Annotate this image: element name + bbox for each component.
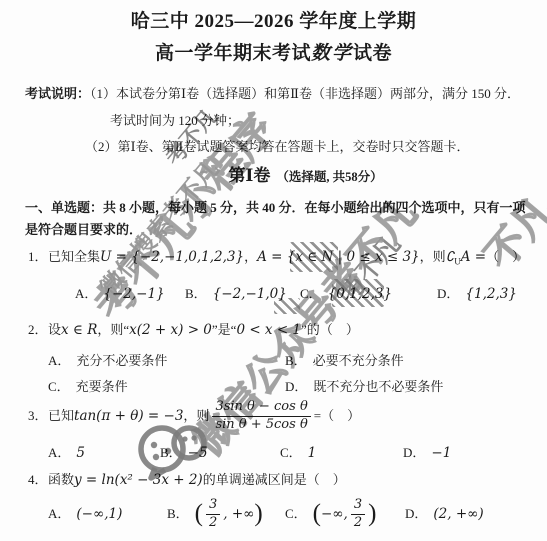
instructions-label: 考试说明：	[25, 86, 90, 101]
fraction-numerator: 3sin θ − cos θ	[212, 400, 310, 417]
question-3-stem: 3．已知tan(π + θ) = −3，则3sin θ − cos θsin θ…	[28, 400, 360, 433]
question-4-stem: 4．函数y = ln(x² − 3x + 2)的单调递减区间是（ ）	[28, 472, 346, 490]
question-1-options: A．{−2,−1} B．{−2,−1,0} C．{0,1,2,3} D．{1,2…	[0, 286, 547, 304]
option-value: −1	[431, 445, 451, 463]
q1-sep: ，	[244, 249, 257, 264]
option-label: A．	[48, 445, 70, 462]
question-3-number: 3．	[28, 408, 48, 425]
option-label: B．	[185, 286, 207, 303]
option-value: {0,1,2,3}	[328, 286, 392, 304]
option-4a: A．(−∞,1)	[48, 506, 167, 524]
section-subtitle: （选择题, 共58分）	[276, 170, 382, 184]
option-3b: B．−5	[160, 445, 280, 463]
option-pre: −∞,	[321, 506, 348, 524]
q3-fraction: 3sin θ − cos θsin θ + 5cos θ	[212, 400, 310, 433]
question-3-options: A．5 B．−5 C．1 D．−1	[0, 445, 547, 463]
option-label: A．	[75, 286, 97, 303]
option-value: −5	[188, 445, 208, 463]
option-label: D．	[285, 379, 307, 396]
instructions-line3: （2）第Ⅰ卷、第Ⅱ卷试题答案均答在答题卡上，交卷时只交答题卡．	[85, 139, 469, 156]
option-label: C．	[280, 445, 302, 462]
option-value: 充要条件	[76, 379, 128, 396]
question-4-options: A．(−∞,1) B．(32, +∞) C．(−∞, 32) D．(2, +∞)	[0, 498, 547, 531]
q3-answer-blank: =（ ）	[314, 408, 360, 425]
title-subject-script: 数学	[311, 43, 353, 64]
option-2b: B．必要不充分条件	[285, 353, 547, 370]
option-fraction: 32	[351, 498, 365, 531]
q2-math-ineq2: 0 < x < 1	[236, 322, 301, 338]
option-label: D．	[405, 506, 427, 523]
q2-text: 设	[48, 322, 61, 337]
fraction-denominator: 2	[206, 515, 220, 531]
option-value: {1,2,3}	[465, 286, 517, 304]
close-paren: )	[254, 501, 262, 526]
q1-math-set-a: A = {x ∈ N | 0 ≤ x ≤ 3}	[257, 249, 420, 265]
option-label: C．	[300, 286, 322, 303]
option-label: C．	[285, 506, 307, 523]
q2-math-ineq1: x(2 + x) > 0	[129, 322, 212, 338]
open-paren: (	[195, 501, 203, 526]
q2-answer-blank: （ ）	[320, 322, 359, 337]
exam-title-line2: 高一学年期末考试数学试卷	[0, 42, 547, 67]
option-value: {−2,−1,0}	[213, 286, 287, 304]
q4-answer-blank: （ ）	[307, 472, 346, 487]
option-4d: D．(2, +∞)	[405, 506, 547, 524]
exam-title-line1: 哈三中 2025—2026 学年度上学期	[0, 10, 547, 35]
option-post: , +∞	[223, 506, 254, 524]
question-2-number: 2．	[28, 322, 48, 339]
q3-mid1: ，则	[183, 408, 209, 425]
option-1d: D．{1,2,3}	[437, 286, 547, 304]
question-1-number: 1．	[28, 249, 48, 266]
section-heading: 第Ⅰ卷（选择题, 共58分）	[32, 165, 547, 187]
option-value: {−2,−1}	[103, 286, 164, 304]
fraction-numerator: 3	[206, 498, 220, 515]
option-label: B．	[285, 353, 307, 370]
option-value: 1	[308, 445, 317, 463]
section-title: 第Ⅰ卷	[228, 166, 270, 185]
option-2c: C．充要条件	[48, 379, 285, 396]
instructions-item1: （1）本试卷分第Ⅰ卷（选择题）和第Ⅱ卷（非选择题）两部分，满分 150 分．	[90, 86, 520, 101]
close-paren: )	[368, 501, 376, 526]
option-3d: D．−1	[403, 445, 547, 463]
option-label: C．	[48, 379, 70, 396]
option-2a: A．充分不必要条件	[48, 353, 285, 370]
q1-sep2: ，则	[420, 249, 446, 264]
option-fraction: 32	[206, 498, 220, 531]
option-1c: C．{0,1,2,3}	[300, 286, 437, 304]
option-2d: D．既不充分也不必要条件	[285, 379, 547, 396]
instructions-line2: 考试时间为 120 分钟；	[110, 113, 240, 130]
option-label: B．	[167, 506, 189, 523]
option-4c: C．(−∞, 32)	[285, 498, 405, 531]
q1-answer-blank: （ ）	[486, 249, 525, 264]
option-3c: C．1	[280, 445, 403, 463]
option-3a: A．5	[48, 445, 160, 463]
q2-mid3: ”的	[301, 322, 320, 337]
option-value: 必要不充分条件	[313, 353, 404, 370]
q4-mid1: 的单调递减区间是	[203, 472, 307, 487]
option-value: 既不充分也不必要条件	[313, 379, 443, 396]
question-1-stem: 1．已知全集U = {−2,−1,0,1,2,3}，A = {x ∈ N | 0…	[28, 249, 525, 268]
q4-math-ln: y = ln(x² − 3x + 2)	[74, 472, 203, 488]
question-4-number: 4．	[28, 472, 48, 489]
option-1b: B．{−2,−1,0}	[185, 286, 300, 304]
q1-text: 已知全集	[48, 249, 100, 264]
option-label: D．	[403, 445, 425, 462]
option-value: 5	[76, 445, 85, 463]
q4-text: 函数	[48, 472, 74, 487]
option-label: A．	[48, 506, 70, 523]
option-label: B．	[160, 445, 182, 462]
q1-math-set-u: U = {−2,−1,0,1,2,3}	[100, 249, 244, 265]
q1-math-eq: A =	[461, 249, 486, 265]
fraction-numerator: 3	[351, 498, 365, 515]
q3-text: 已知	[48, 408, 74, 425]
q2-math-domain: x ∈ R	[61, 322, 97, 338]
open-paren: (	[313, 501, 321, 526]
instructions-line1: 考试说明：（1）本试卷分第Ⅰ卷（选择题）和第Ⅱ卷（非选择题）两部分，满分 150…	[25, 86, 539, 103]
title-line2-post: 试卷	[353, 43, 392, 64]
part-intro-line2: 是符合题目要求的．	[25, 222, 142, 239]
exam-paper-page: 哈三中 2025—2026 学年度上学期 高一学年期末考试数学试卷 考试说明：（…	[0, 0, 547, 541]
option-value: 充分不必要条件	[76, 353, 167, 370]
title-line2-pre: 高一学年期末考试	[155, 43, 311, 64]
option-value: (2, +∞)	[433, 506, 483, 524]
fraction-denominator: sin θ + 5cos θ	[212, 417, 310, 433]
option-4b: B．(32, +∞)	[167, 498, 285, 531]
q2-mid2: ”是“	[212, 322, 237, 337]
q1-complement-symbol: ∁	[446, 249, 455, 265]
option-label: A．	[48, 353, 70, 370]
option-label: D．	[437, 286, 459, 303]
option-value: (−∞,1)	[76, 506, 122, 524]
fraction-denominator: 2	[351, 515, 365, 531]
q3-math-tan: tan(π + θ) = −3	[74, 408, 183, 426]
question-2-options: A．充分不必要条件 B．必要不充分条件 C．充要条件 D．既不充分也不必要条件	[0, 353, 547, 396]
question-2-stem: 2．设x ∈ R，则“x(2 + x) > 0”是“0 < x < 1”的（ ）	[28, 322, 359, 340]
option-1a: A．{−2,−1}	[75, 286, 185, 304]
q2-mid1: ，则“	[97, 322, 129, 337]
part-intro-line1: 一、单选题：共 8 小题，每小题 5 分，共 40 分．在每小题给出的四个选项中…	[25, 200, 539, 217]
